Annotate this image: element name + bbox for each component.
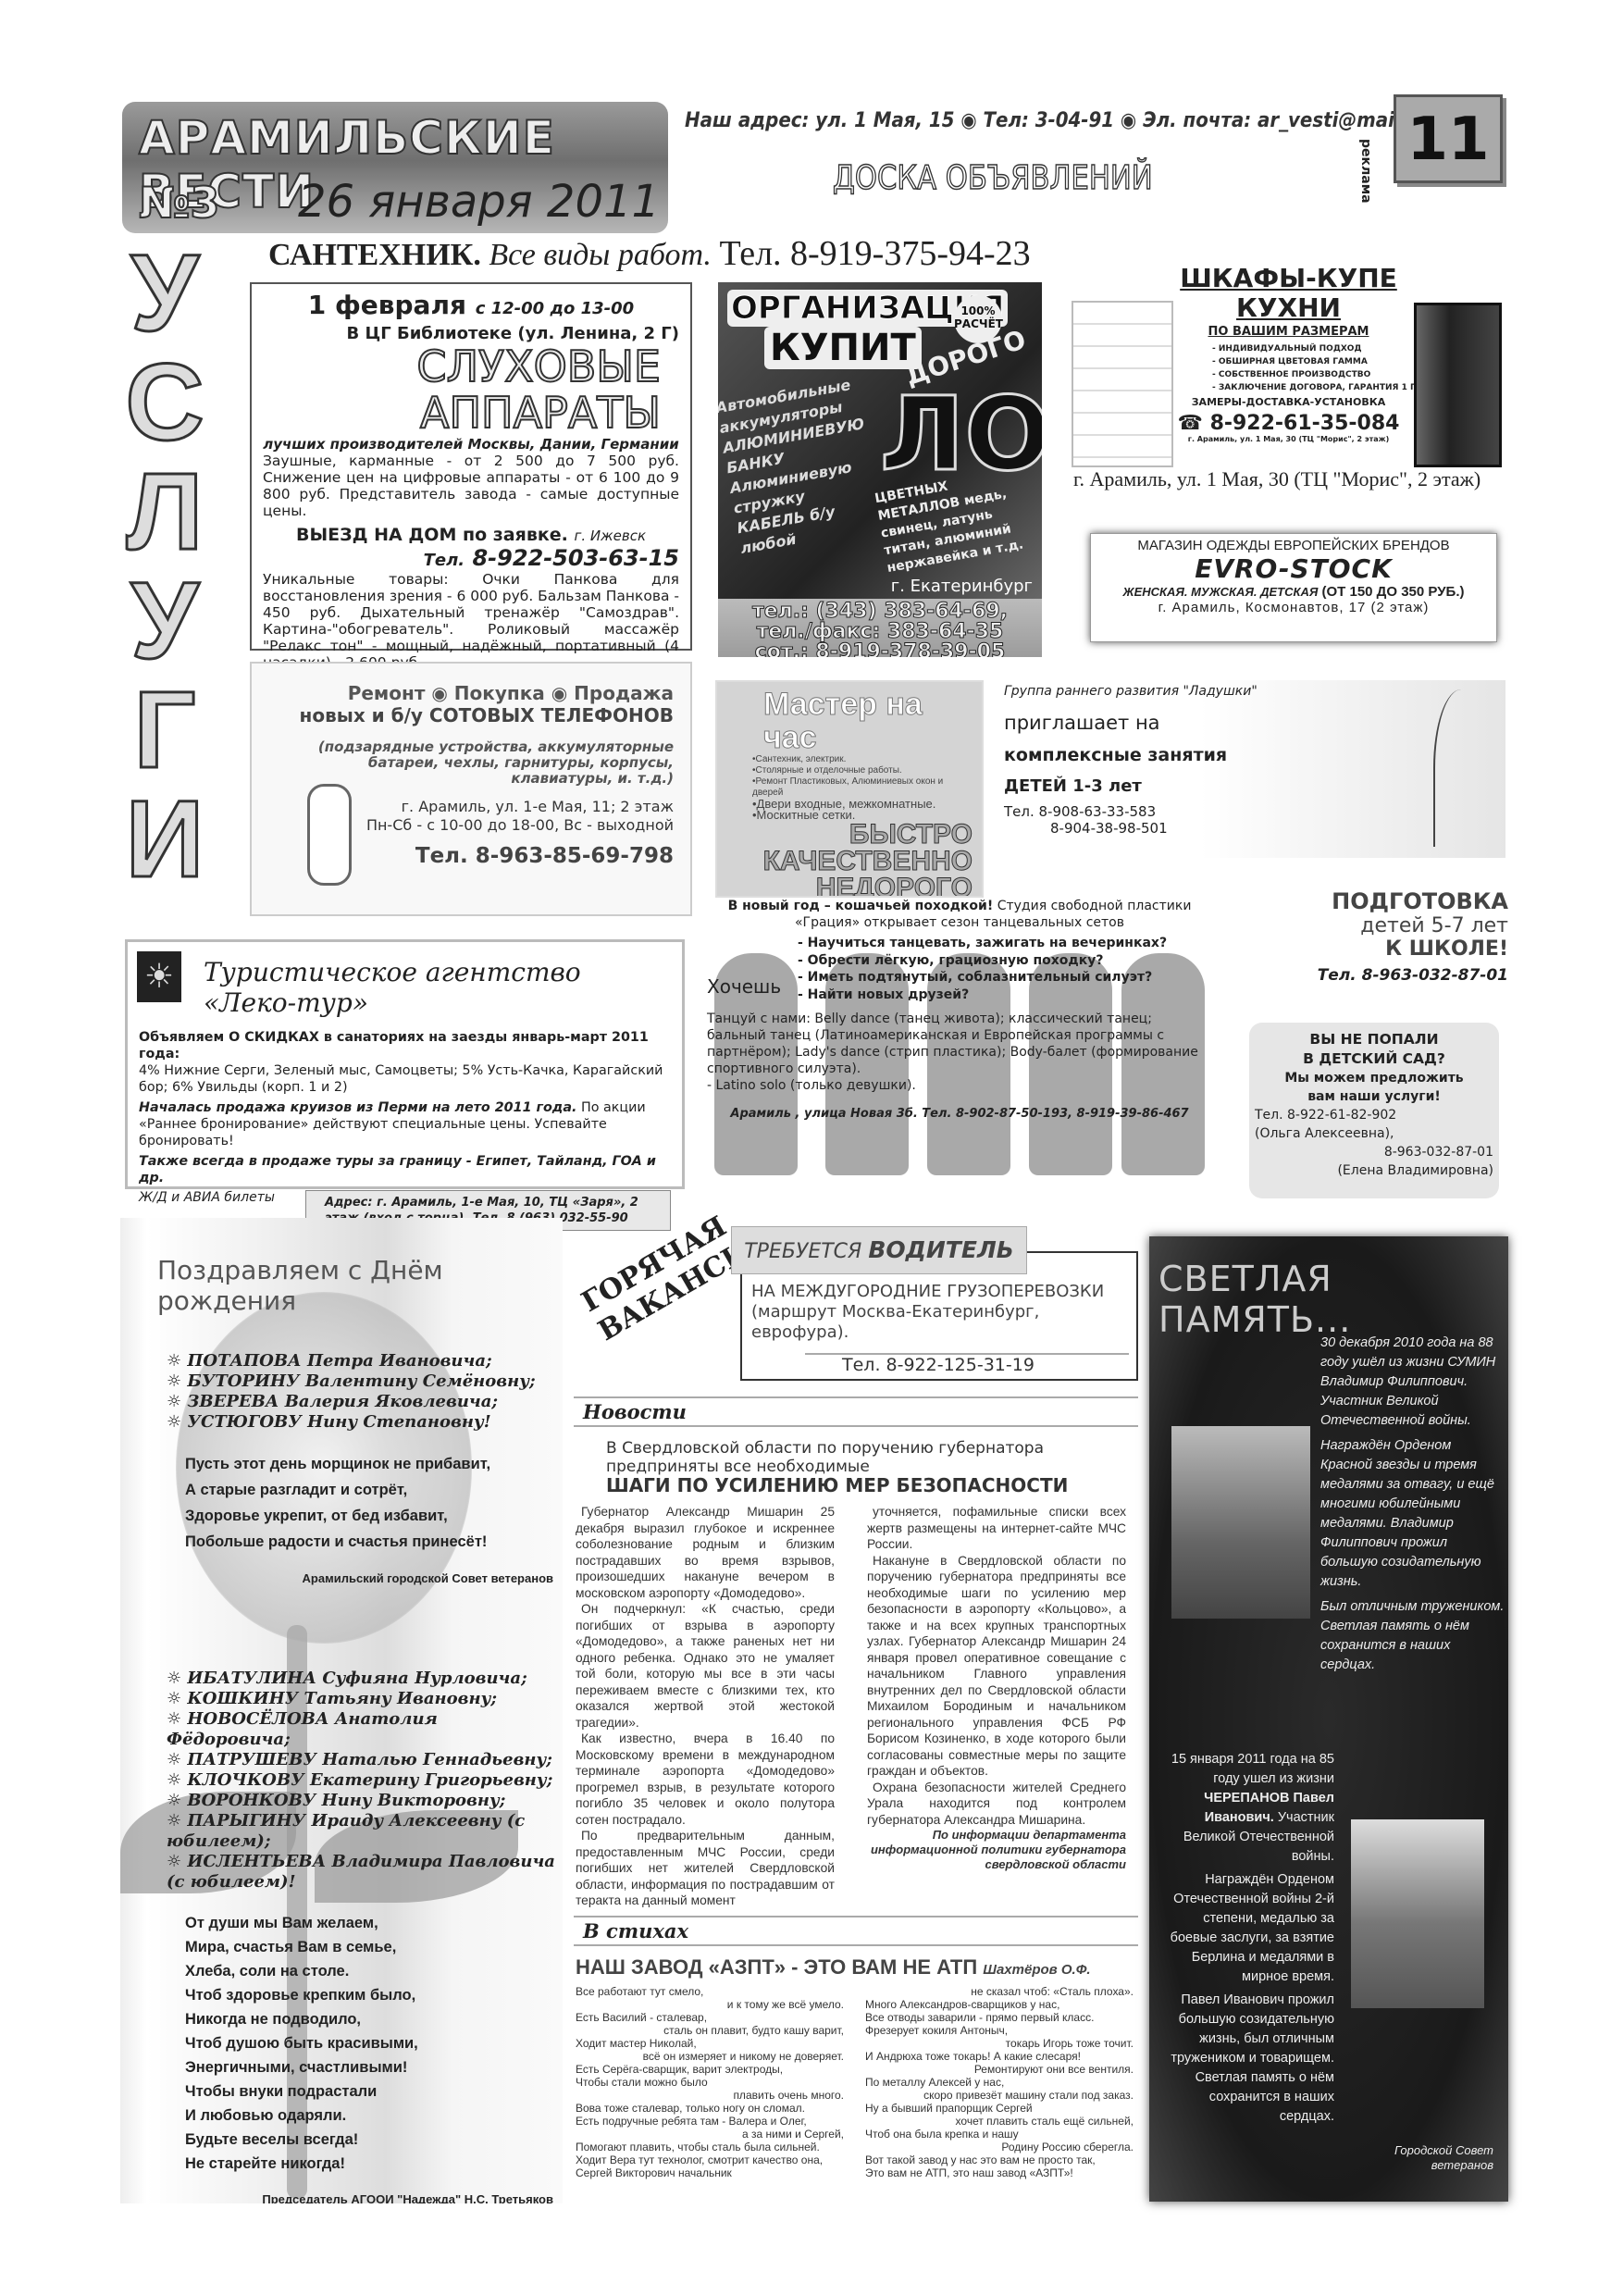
news-paragraph: Как известно, вчера в 16.40 по Московско… <box>576 1731 835 1828</box>
wardrobe-ad: ШКАФЫ-КУПЕ КУХНИ ПО ВАШИМ РАЗМЕРАМ - ИНД… <box>1064 264 1513 532</box>
birthday-name: ИСЛЕНТЬЕВА Владимира Павловича (с юбилее… <box>167 1852 563 1893</box>
poem-line: Есть подручные ребята там - Валера и Оле… <box>576 2115 844 2128</box>
poem-line: Много Александров-сварщиков у нас, <box>865 1998 1134 2011</box>
poem-line: Хлеба, соли на столе. <box>185 1959 563 1983</box>
wardrobe-sketch-image <box>1072 301 1173 467</box>
poem-line: Здоровье укрепит, от бед избавит, <box>185 1503 563 1529</box>
vacancy-head-bold: ВОДИТЕЛЬ <box>868 1236 1013 1263</box>
slogan-line: БЫСТРО <box>726 821 973 848</box>
school-line1: ПОДГОТОВКА <box>1249 888 1508 914</box>
poem-line: Есть Василий - сталевар, <box>576 2011 844 2024</box>
memorial-text-1: 30 декабря 2010 года на 88 году ушёл из … <box>1320 1334 1505 1681</box>
kindergarten-ad: ВЫ НЕ ПОПАЛИ В ДЕТСКИЙ САД? Мы можем пре… <box>1249 1023 1499 1198</box>
birthday-name: НОВОСЁЛОВА Анатолия Фёдоровича; <box>167 1709 563 1750</box>
kg-name2: (Елена Владимировна) <box>1255 1161 1493 1180</box>
birthday-poem-1: Пусть этот день морщинок не прибавит, А … <box>185 1451 563 1555</box>
tour-cruise: Началась продажа круизов из Перми на лет… <box>139 1100 576 1115</box>
school-line3: К ШКОЛЕ! <box>1249 937 1508 961</box>
kg-line4: вам наши услуги! <box>1255 1087 1493 1106</box>
memorial-title: СВЕТЛАЯ ПАМЯТЬ... <box>1158 1259 1508 1340</box>
gracia-address: Арамиль , улица Новая 3б. Тел. 8-902-87-… <box>696 1107 1223 1121</box>
vacancy-tel: Тел. 8-922-125-31-19 <box>805 1353 1129 1375</box>
hearing-producers: лучших производителей Москвы, Дании, Гер… <box>263 436 679 453</box>
hearing-title-1: СЛУХОВЫЕ <box>263 343 679 390</box>
memorial-signature: Городской Совет ветеранов <box>1364 2143 1493 2173</box>
hearing-city: г. Ижевск <box>574 527 646 544</box>
birthday-name: ИБАТУЛИНА Суфияна Нурловича; <box>167 1669 563 1689</box>
poem-column-1: Все работают тут смело, и к тому же всё … <box>576 1985 844 2179</box>
hearing-aid-ad: 1 февраля с 12-00 до 13-00 В ЦГ Библиоте… <box>250 282 692 651</box>
poem-line: Фрезерует кокиля Антоныч, <box>865 2024 1134 2037</box>
portrait-sumin-photo <box>1171 1426 1310 1619</box>
poem-line: скоро привезёт машину стали под заказ. <box>865 2089 1134 2102</box>
evro-stock-ad: МАГАЗИН ОДЕЖДЫ ЕВРОПЕЙСКИХ БРЕНДОВ EVRO-… <box>1090 533 1497 642</box>
kg-tel2: 8-963-032-87-01 <box>1255 1143 1493 1161</box>
school-prep-ad: ПОДГОТОВКА детей 5-7 лет К ШКОЛЕ! Тел. 8… <box>1249 888 1508 985</box>
hearing-goods: Уникальные товары: Очки Панкова для восс… <box>263 571 679 671</box>
scrap-metal-ad: ОРГАНИЗАЦИЯ КУПИТ 100% РАСЧЁТ ДОРОГО ЛОМ… <box>718 282 1042 657</box>
memorial-text-2: 15 января 2011 года на 85 году ушел из ж… <box>1158 1750 1334 2130</box>
birthday-name: КОШКИНУ Татьяну Ивановну; <box>167 1689 563 1709</box>
memorial-paragraph: 30 декабря 2010 года на 88 году ушёл из … <box>1320 1334 1505 1431</box>
gracia-head: Студия свободной пластики <box>993 899 1191 913</box>
masthead: АРАМИЛЬСКИЕ ВЕСТИ №3 26 января 2011 г. <box>122 102 668 233</box>
hearing-prices: Заушные, карманные - от 2 500 до 7 500 р… <box>263 453 679 519</box>
birthday-name: БУТОРИНУ Валентину Семёновну; <box>167 1371 563 1392</box>
hearing-date: 1 февраля <box>308 290 466 320</box>
news-column-2: уточняется, пофамильные списки всех жерт… <box>867 1504 1126 1872</box>
birthday-list-1: ПОТАПОВА Петра Ивановича; БУТОРИНУ Вален… <box>167 1351 563 1433</box>
hearing-visit: ВЫЕЗД НА ДОМ по заявке. <box>296 525 568 545</box>
ladushki-tel2: 8-904-38-98-501 <box>1050 820 1498 837</box>
poem-line: хочет плавить сталь ещё сильней, <box>865 2115 1134 2128</box>
scrap-line2: КУПИТ <box>764 327 922 369</box>
wardrobe-dark-image <box>1414 303 1502 467</box>
birthday-signature-1: Арамильский городской Совет ветеранов <box>120 1571 553 1585</box>
poem-line: и к тому же всё умело. <box>576 1998 844 2011</box>
evro-line1: МАГАЗИН ОДЕЖДЫ ЕВРОПЕЙСКИХ БРЕНДОВ <box>1091 538 1496 553</box>
santehnik-ad: САНТЕХНИК. Все виды работ. Тел. 8-919-37… <box>268 233 1031 274</box>
gracia-head-bold: В новый год – кошачьей походкой! <box>728 899 994 913</box>
news-paragraph: Он подчеркнул: «К счастью, среди погибши… <box>576 1601 835 1731</box>
wardrobe-address: г. Арамиль, ул. 1 Мая, 30 (ТЦ "Морис", 2… <box>1073 467 1481 491</box>
scrap-tel: тел.: (343) 383-64-69, <box>718 602 1042 622</box>
scrap-phones: тел.: (343) 383-64-69, тел./факс: 383-64… <box>718 599 1042 657</box>
poem-line: Никогда не подводило, <box>185 2007 563 2031</box>
poem-line: От души мы Вам желаем, <box>185 1911 563 1935</box>
tour-discounts-head: Объявляем О СКИДКАХ в санаториях на заез… <box>139 1029 671 1062</box>
evro-types: ЖЕНСКАЯ. МУЖСКАЯ. ДЕТСКАЯ <box>1123 585 1319 599</box>
slogan-line: КАЧЕСТВЕННО <box>726 848 973 875</box>
vacancy-body: НА МЕЖДУГОРОДНИЕ ГРУЗОПЕРЕВОЗКИ (маршрут… <box>751 1282 1131 1343</box>
poem-column-2: не сказал чтоб: «Сталь плоха». Много Але… <box>865 1985 1134 2179</box>
poem-line: По металлу Алексей у нас, <box>865 2076 1134 2089</box>
poem-title-row: НАШ ЗАВОД «АЗПТ» - ЭТО ВАМ НЕ АТП Шахтёр… <box>576 1955 1091 1980</box>
poem-line: плавить очень много. <box>576 2089 844 2102</box>
evro-address: г. Арамиль, Космонавтов, 17 (2 этаж) <box>1091 600 1496 615</box>
poem-line: Это вам не АТП, это наш завод «АЗПТ»! <box>865 2166 1134 2179</box>
gracia-head2: «Грация» открывает сезон танцевальных се… <box>696 914 1223 931</box>
poem-line: не сказал чтоб: «Сталь плоха». <box>865 1985 1134 1998</box>
birthday-name: КЛОЧКОВУ Екатерину Григорьевну; <box>167 1770 563 1791</box>
service-item: •Сантехник, электрик. <box>752 754 973 765</box>
birthday-name: УСТЮГОВУ Нину Степановну! <box>167 1412 563 1433</box>
news-headline-2: ШАГИ ПО УСИЛЕНИЮ МЕР БЕЗОПАСНОСТИ <box>606 1476 1124 1495</box>
issue-number: №3 <box>139 178 219 228</box>
birthday-name: ВОРОНКОВУ Нину Викторовну; <box>167 1791 563 1811</box>
cartoon-phone-image <box>307 784 352 886</box>
birthday-name: ПОТАПОВА Петра Ивановича; <box>167 1351 563 1371</box>
section-title: ДОСКА ОБЪЯВЛЕНИЙ <box>833 159 1153 197</box>
handyman-ad: Мастер на час •Сантехник, электрик. •Сто… <box>715 680 984 898</box>
memorial-paragraph: Был отличным тружеником. Светлая память … <box>1320 1597 1505 1675</box>
birthday-greetings: Поздравляем с Днём рождения ПОТАПОВА Пет… <box>120 1218 563 2203</box>
ladushki-tel1: Тел. 8-908-63-33-583 <box>1004 803 1498 820</box>
poem-line: а за ними и Сергей, <box>576 2128 844 2141</box>
dance-studio-ad: В новый год – кошачьей походкой! Студия … <box>696 898 1223 1203</box>
poem-line: Ремонтируют они все вентиля. <box>865 2063 1134 2076</box>
poem-line: Чтоб здоровье крепким было, <box>185 1983 563 2007</box>
poem-line: Пусть этот день морщинок не прибавит, <box>185 1451 563 1477</box>
news-paragraph: Губернатор Александр Мишарин 25 декабря … <box>576 1504 835 1601</box>
poem-line: Чтоб душою быть красивыми, <box>185 2031 563 2055</box>
poem-line: Энергичными, счастливыми! <box>185 2055 563 2079</box>
birthday-list-2: ИБАТУЛИНА Суфияна Нурловича; КОШКИНУ Тат… <box>167 1669 563 1893</box>
school-line2: детей 5-7 лет <box>1249 914 1508 937</box>
gracia-description: Танцуй с нами: Belly dance (танец живота… <box>696 1011 1223 1077</box>
poem-line: И Андрюха тоже токарь! А какие слесаря! <box>865 2050 1134 2063</box>
question-item: - Научиться танцевать, зажигать на вечер… <box>798 935 1223 952</box>
ladushki-invite: приглашает на <box>1004 712 1498 734</box>
poem-line: Побольше радости и счастья принесёт! <box>185 1529 563 1555</box>
news-column-1: Губернатор Александр Мишарин 25 декабря … <box>576 1504 835 1909</box>
vacancy-header: ТРЕБУЕТСЯ ВОДИТЕЛЬ <box>731 1226 1027 1274</box>
poem-title: НАШ ЗАВОД «АЗПТ» - ЭТО ВАМ НЕ АТП <box>576 1955 977 1979</box>
news-paragraph: Охрана безопасности жителей Среднего Ура… <box>867 1780 1126 1829</box>
news-section-label: Новости <box>574 1396 1138 1427</box>
memorial-paragraph: 15 января 2011 года на 85 году ушел из ж… <box>1171 1752 1334 1786</box>
news-source: По информации департамента информационно… <box>867 1828 1126 1872</box>
handyman-title: Мастер на час <box>763 688 973 754</box>
birthday-signature-2: Председатель АГООИ "Надежда" Н.С. Третья… <box>120 2192 553 2203</box>
hearing-tel-label: Тел. <box>424 551 465 570</box>
hearing-place: В ЦГ Библиотеке (ул. Ленина, 2 Г) <box>263 324 679 343</box>
kg-name1: (Ольга Алексеевна), <box>1255 1124 1493 1143</box>
memorial-paragraph: Награждён Орденом Красной звезды и тремя… <box>1320 1436 1505 1592</box>
news-paragraph: Накануне в Свердловской области по поруч… <box>867 1553 1126 1780</box>
poem-line: Родину Россию сберегла. <box>865 2141 1134 2153</box>
poem-line: А старые разгладит и сотрёт, <box>185 1477 563 1503</box>
gracia-want: Хочешь <box>707 975 781 998</box>
scrap-city: г. Екатеринбург <box>891 577 1033 596</box>
poem-line: всё он измеряет и никому не доверяет. <box>576 2050 844 2063</box>
poem-line: Чтоб она была крепка и нашу <box>865 2128 1134 2141</box>
hot-vacancy-label: ГОРЯЧАЯ ВАКАНСИЯ <box>576 1217 738 1348</box>
memorial-paragraph: Павел Иванович прожил большую созидатель… <box>1158 1991 1334 2127</box>
poem-line: Все отводы заварили - прямо первый класс… <box>865 2011 1134 2024</box>
poem-line: Помогают плавить, чтобы сталь была сильн… <box>576 2141 844 2153</box>
poem-line: токарь Игорь тоже точит. <box>865 2037 1134 2050</box>
santehnik-desc: Все виды работ. <box>489 238 712 272</box>
poem-line: Сергей Викторович начальник <box>576 2166 844 2179</box>
birthday-name: ПАРЫГИНУ Ираиду Алексеевну (с юбилеем); <box>167 1811 563 1852</box>
rubric-uslugi: УСЛУГИ <box>118 239 211 894</box>
reklama-label: реклама <box>1358 139 1373 204</box>
portrait-cherepanov-photo <box>1351 1819 1484 2008</box>
santehnik-tel: Тел. 8-919-375-94-23 <box>719 234 1030 273</box>
kg-tel1: Тел. 8-922-61-82-902 <box>1255 1106 1493 1124</box>
ladushki-age: ДЕТЕЙ 1-3 лет <box>1004 776 1498 796</box>
evro-price: (ОТ 150 ДО 350 РУБ.) <box>1322 584 1465 600</box>
ladushki-ad: Группа раннего развития "Ладушки" пригла… <box>997 680 1505 858</box>
handyman-services: •Сантехник, электрик. •Столярные и отдел… <box>752 754 973 821</box>
phone-icon: ☎ <box>1178 412 1210 435</box>
kg-line1: ВЫ НЕ ПОПАЛИ <box>1255 1030 1493 1049</box>
question-item: - Иметь подтянутый, соблазнительный силу… <box>798 969 1223 987</box>
poem-line: Ну а бывший прапорщик Сергей <box>865 2102 1134 2115</box>
news-paragraph: По предварительным данным, предоставленн… <box>576 1828 835 1909</box>
sun-logo-icon: ☀ <box>137 951 181 1002</box>
poem-line: Есть Серёга-сварщик, варит электроды, <box>576 2063 844 2076</box>
phones-line1: Ремонт ◉ Покупка ◉ Продажа <box>268 682 674 704</box>
news-headline-1: В Свердловской области по поручению губе… <box>606 1439 1124 1476</box>
ladushki-group: Группа раннего развития "Ладушки" <box>1004 684 1498 699</box>
phones-accessories: (подзарядные устройства, аккумуляторные … <box>268 739 674 787</box>
poem-line: Вот такой завод у нас это вам не просто … <box>865 2153 1134 2166</box>
scrap-tel: тел./факс: 383-64-35 <box>718 622 1042 642</box>
poem-line: Чтобы стали можно было <box>576 2076 844 2089</box>
wardrobe-tel: 8-922-61-35-084 <box>1210 412 1400 435</box>
poem-line: Ходит Вера тут технолог, смотрит качеств… <box>576 2153 844 2166</box>
wardrobe-title-1: ШКАФЫ-КУПЕ <box>1064 264 1513 293</box>
poem-line: Ходит мастер Николай, <box>576 2037 844 2050</box>
question-item: - Обрести лёгкую, грациозную походку? <box>798 952 1223 970</box>
hearing-tel: 8-922-503-63-15 <box>472 545 679 571</box>
poem-line: Чтобы внуки подрастали <box>185 2079 563 2104</box>
birthday-title: Поздравляем с Днём рождения <box>157 1255 563 1316</box>
scrap-tel: сот.: 8-919-378-39-05 <box>718 642 1042 657</box>
tour-discounts: 4% Нижние Серги, Зеленый мыс, Самоцветы;… <box>139 1062 671 1096</box>
kg-line2: В ДЕТСКИЙ САД? <box>1255 1049 1493 1069</box>
header-contacts: Наш адрес: ул. 1 Мая, 15 ◉ Тел: 3-04-91 … <box>685 109 1430 132</box>
page-number: 11 <box>1394 94 1503 183</box>
birthday-poem-2: От души мы Вам желаем, Мира, счастья Вам… <box>185 1911 563 2176</box>
santehnik-title: САНТЕХНИК. <box>268 238 481 272</box>
hearing-time: с 12-00 до 13-00 <box>476 299 635 318</box>
poem-author: Шахтёров О.Ф. <box>983 1962 1090 1978</box>
question-item: - Найти новых друзей? <box>798 987 1223 1004</box>
poem-line: И любовью одаряли. <box>185 2104 563 2128</box>
service-item: •Столярные и отделочные работы. <box>752 765 973 776</box>
evro-name: EVRO-STOCK <box>1091 553 1496 584</box>
poem-line: Будьте веселы всегда! <box>185 2128 563 2152</box>
handyman-slogan: БЫСТРО КАЧЕСТВЕННО НЕДОРОГО <box>726 821 973 898</box>
issue-date: 26 января 2011 г. <box>298 176 668 233</box>
ladushki-classes: комплексные занятия <box>1004 745 1498 765</box>
slogan-line: НЕДОРОГО <box>726 875 973 898</box>
cell-phones-ad: Ремонт ◉ Покупка ◉ Продажа новых и б/у С… <box>250 662 692 916</box>
poem-line: Не старейте никогда! <box>185 2152 563 2176</box>
news-headline: В Свердловской области по поручению губе… <box>606 1439 1124 1495</box>
news-paragraph: уточняется, пофамильные списки всех жерт… <box>867 1504 1126 1553</box>
phones-line2: новых и б/у СОТОВЫХ ТЕЛЕФОНОВ <box>268 704 674 726</box>
memorial-paragraph: Награждён Орденом Отечественной войны 2-… <box>1158 1870 1334 1987</box>
birthday-name: ЗВЕРЕВА Валерия Яковлевича; <box>167 1392 563 1412</box>
gracia-latino: - Latino solo (только девушки). <box>696 1077 1223 1094</box>
poem-line: сталь он плавит, будто кашу варит, <box>576 2024 844 2037</box>
hearing-title-2: АППАРАТЫ <box>263 390 679 436</box>
poem-section-label: В стихах <box>574 1916 1138 1946</box>
service-item: •Ремонт Пластиковых, Алюминиевых окон и … <box>752 776 973 799</box>
memorial-block: СВЕТЛАЯ ПАМЯТЬ... 30 декабря 2010 года н… <box>1149 1236 1508 2202</box>
poem-line: Мира, счастья Вам в семье, <box>185 1935 563 1959</box>
tour-abroad: Также всегда в продаже туры за границу -… <box>139 1154 656 1185</box>
poem-line: Вова тоже сталевар, только ногу он слома… <box>576 2102 844 2115</box>
birthday-name: ПАТРУШЕВУ Наталью Геннадьевну; <box>167 1750 563 1770</box>
scrap-items-left: Автомобильные аккумуляторы АЛЮМИНИЕВУЮ Б… <box>718 372 893 559</box>
tour-title: Туристическое агентство «Леко-тур» <box>204 957 671 1018</box>
tulip-decoration <box>1433 689 1489 847</box>
school-tel: Тел. 8-963-032-87-01 <box>1249 966 1508 985</box>
vacancy-head-light: ТРЕБУЕТСЯ <box>744 1240 868 1263</box>
travel-agency-ad: ☀ Туристическое агентство «Леко-тур» Объ… <box>125 939 685 1189</box>
poem-line: Все работают тут смело, <box>576 1985 844 1998</box>
gracia-questions: - Научиться танцевать, зажигать на вечер… <box>798 935 1223 1003</box>
kg-line3: Мы можем предложить <box>1255 1069 1493 1087</box>
